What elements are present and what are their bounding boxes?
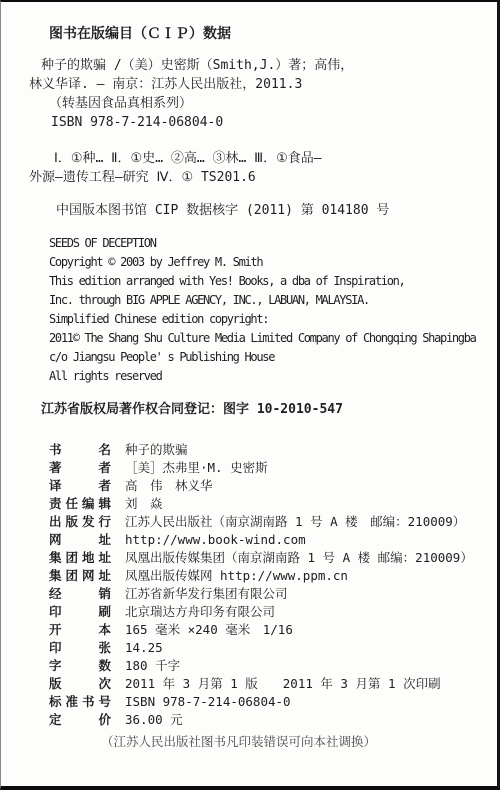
colophon-value: 165 毫米 ×240 毫米 1/16 <box>125 622 293 637</box>
copyright-line: All rights reserved <box>49 367 497 386</box>
cip-isbn-line: ISBN 978-7-214-06804-0 <box>29 113 497 132</box>
colophon-value: 14.25 <box>125 640 163 655</box>
colophon-row: 经销江苏省新华发行集团有限公司 <box>49 585 497 603</box>
colophon-row: 印刷北京瑞达方舟印务有限公司 <box>49 603 497 621</box>
colophon-value: 北京瑞达方舟印务有限公司 <box>125 604 275 619</box>
colophon-row: 网址http://www.book-wind.com <box>49 531 497 549</box>
cip-description-line: 种子的欺骗 /（美）史密斯（Smith,J.）著；高伟， <box>29 56 497 75</box>
colophon-value: 2011 年 3 月第 1 版 2011 年 3 月第 1 次印刷 <box>125 676 441 691</box>
colophon-value: 江苏人民出版社（南京湖南路 1 号 A 楼 邮编：210009） <box>125 514 465 529</box>
colophon-row: 定价36.00 元 <box>49 711 497 729</box>
colophon-value: 36.00 元 <box>125 712 183 727</box>
copyright-line: 2011© The Shang Shu Culture Media Limite… <box>49 329 497 348</box>
copyright-line: Inc. through BIG APPLE AGENCY, INC., LAB… <box>49 291 497 310</box>
colophon-row: 版次2011 年 3 月第 1 版 2011 年 3 月第 1 次印刷 <box>49 675 497 693</box>
copyright-line: This edition arranged with Yes! Books, a… <box>49 272 497 291</box>
copyright-registration-line: 江苏省版权局著作权合同登记：图字 10-2010-547 <box>41 400 497 419</box>
cip-classification: Ⅰ．①种… Ⅱ．①史… ②高… ③林… Ⅲ．①食品— 外源—遗传工程—研究 Ⅳ．… <box>29 149 497 187</box>
colophon-label: 定价 <box>49 711 111 729</box>
colophon-label: 经销 <box>49 585 111 603</box>
book-copyright-page: 图书在版编目（ＣＩＰ）数据 种子的欺骗 /（美）史密斯（Smith,J.）著；高… <box>0 0 500 790</box>
colophon-row: 集团网址凤凰出版传媒网 http://www.ppm.cn <box>49 567 497 585</box>
classification-line: Ⅰ．①种… Ⅱ．①史… ②高… ③林… Ⅲ．①食品— <box>29 149 497 168</box>
colophon-label: 印张 <box>49 639 111 657</box>
colophon-row: 著者［美］杰弗里·M. 史密斯 <box>49 459 497 477</box>
colophon-value: 刘 焱 <box>125 496 163 511</box>
colophon-label: 标准书号 <box>49 693 111 711</box>
colophon-label: 印刷 <box>49 603 111 621</box>
colophon-label: 书名 <box>49 441 111 459</box>
cip-description-line: 林义华译. — 南京：江苏人民出版社，2011.3 <box>29 75 497 94</box>
cip-description: 种子的欺骗 /（美）史密斯（Smith,J.）著；高伟， 林义华译. — 南京：… <box>29 56 497 132</box>
colophon-label: 网址 <box>49 531 111 549</box>
colophon-label: 译者 <box>49 477 111 495</box>
colophon-row: 书名种子的欺骗 <box>49 441 497 459</box>
colophon-row: 出版发行江苏人民出版社（南京湖南路 1 号 A 楼 邮编：210009） <box>49 513 497 531</box>
colophon-row: 译者高 伟 林义华 <box>49 477 497 495</box>
colophon-row: 印张14.25 <box>49 639 497 657</box>
colophon-label: 字数 <box>49 657 111 675</box>
misprint-exchange-note: （江苏人民出版社图书凡印装错误可向本社调换） <box>101 732 497 751</box>
colophon-value: http://www.book-wind.com <box>125 532 306 547</box>
colophon-value: ISBN 978-7-214-06804-0 <box>125 694 291 709</box>
colophon-row: 开本165 毫米 ×240 毫米 1/16 <box>49 621 497 639</box>
colophon-label: 集团网址 <box>49 567 111 585</box>
colophon-row: 责任编辑刘 焱 <box>49 495 497 513</box>
colophon-label: 责任编辑 <box>49 495 111 513</box>
colophon-value: 高 伟 林义华 <box>125 478 213 493</box>
colophon-label: 版次 <box>49 675 111 693</box>
colophon-value: 种子的欺骗 <box>125 442 188 457</box>
colophon-value: 凤凰出版传媒网 http://www.ppm.cn <box>125 568 348 583</box>
cip-record-number: 中国版本图书馆 CIP 数据核字 (2011) 第 014180 号 <box>29 201 497 220</box>
copyright-line: Simplified Chinese edition copyright: <box>49 310 497 329</box>
copyright-line: SEEDS OF DECEPTION <box>49 234 497 253</box>
cip-series-line: （转基因食品真相系列） <box>29 94 497 113</box>
colophon-label: 集团地址 <box>49 549 111 567</box>
copyright-line: Copyright © 2003 by Jeffrey M. Smith <box>49 253 497 272</box>
colophon-label: 出版发行 <box>49 513 111 531</box>
colophon-row: 集团地址凤凰出版传媒集团（南京湖南路 1 号 A 楼 邮编：210009） <box>49 549 497 567</box>
copyright-line: c/o Jiangsu People' s Publishing House <box>49 348 497 367</box>
colophon-label: 著者 <box>49 459 111 477</box>
colophon-value: 江苏省新华发行集团有限公司 <box>125 586 288 601</box>
colophon-row: 标准书号ISBN 978-7-214-06804-0 <box>49 693 497 711</box>
colophon-row: 字数180 千字 <box>49 657 497 675</box>
classification-line: 外源—遗传工程—研究 Ⅳ．① TS201.6 <box>29 168 497 187</box>
colophon-label: 开本 <box>49 621 111 639</box>
cip-heading: 图书在版编目（ＣＩＰ）数据 <box>49 25 497 43</box>
colophon-table: 书名种子的欺骗 著者［美］杰弗里·M. 史密斯 译者高 伟 林义华 责任编辑刘 … <box>49 441 497 729</box>
colophon-value: ［美］杰弗里·M. 史密斯 <box>125 460 268 475</box>
english-copyright-block: SEEDS OF DECEPTION Copyright © 2003 by J… <box>49 234 497 386</box>
colophon-value: 180 千字 <box>125 658 180 673</box>
colophon-value: 凤凰出版传媒集团（南京湖南路 1 号 A 楼 邮编：210009） <box>125 550 473 565</box>
